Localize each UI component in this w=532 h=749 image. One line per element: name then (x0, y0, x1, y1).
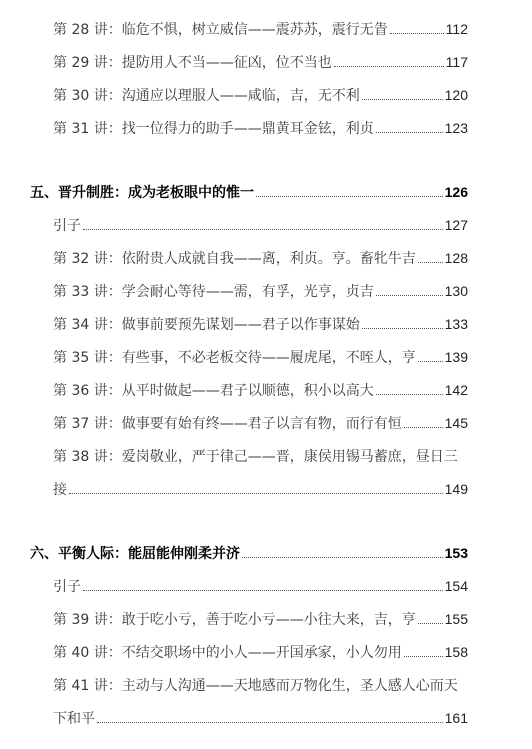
toc-entry-title: 第 37 讲：做事要有始有终——君子以言有物，而行有恒 (53, 413, 402, 433)
toc-chapter-title: 六、平衡人际：能屈能伸刚柔并济 (30, 543, 240, 563)
toc-chapter-6[interactable]: 六、平衡人际：能屈能伸刚柔并济 153 (30, 542, 468, 564)
toc-page-number: 128 (445, 250, 468, 266)
toc-entry-title-continued: 接 (53, 479, 67, 499)
leader-dots (334, 66, 444, 67)
leader-dots (242, 557, 443, 558)
toc-entry-39[interactable]: 第 39 讲：敢于吃小亏，善于吃小亏——小往大来，吉，亨 155 (53, 608, 468, 630)
leader-dots (97, 722, 443, 723)
toc-entry-37[interactable]: 第 37 讲：做事要有始有终——君子以言有物，而行有恒 145 (53, 412, 468, 434)
leader-dots (404, 427, 443, 428)
toc-entry-title: 第 40 讲：不结交职场中的小人——开国承家，小人勿用 (53, 642, 402, 662)
leader-dots (418, 262, 443, 263)
leader-dots (362, 99, 443, 100)
toc-entry-30[interactable]: 第 30 讲：沟通应以理服人——咸临，吉，无不利 120 (53, 84, 468, 106)
toc-page-number: 127 (445, 217, 468, 233)
toc-page-number: 145 (445, 415, 468, 431)
toc-page-number: 158 (445, 644, 468, 660)
toc-entry-31[interactable]: 第 31 讲：找一位得力的助手——鼎黄耳金铉，利贞 123 (53, 117, 468, 139)
toc-page-number: 142 (445, 382, 468, 398)
toc-entry-36[interactable]: 第 36 讲：从平时做起——君子以顺德，积小以高大 142 (53, 379, 468, 401)
toc-chapter-title: 五、晋升制胜：成为老板眼中的惟一 (30, 182, 254, 202)
toc-entry-title: 第 35 讲：有些事，不必老板交待——履虎尾，不咥人，亨 (53, 347, 416, 367)
toc-entry-29[interactable]: 第 29 讲：提防用人不当——征凶，位不当也 117 (53, 51, 468, 73)
leader-dots (390, 33, 444, 34)
toc-entry-title: 第 33 讲：学会耐心等待——需，有孚，光亨，贞吉 (53, 281, 374, 301)
toc-entry-41-continued[interactable]: 下和平 161 (53, 707, 468, 729)
toc-entry-title-continued: 下和平 (53, 708, 95, 728)
toc-entry-intro-5[interactable]: 引子 127 (53, 214, 468, 236)
toc-entry-38-continued[interactable]: 接 149 (53, 478, 468, 500)
toc-page-number: 112 (446, 21, 468, 37)
toc-page-number: 154 (445, 578, 468, 594)
toc-entry-title: 第 39 讲：敢于吃小亏，善于吃小亏——小往大来，吉，亨 (53, 609, 416, 629)
leader-dots (376, 132, 443, 133)
toc-page-number: 139 (445, 349, 468, 365)
toc-entry-33[interactable]: 第 33 讲：学会耐心等待——需，有孚，光亨，贞吉 130 (53, 280, 468, 302)
toc-entry-title: 第 34 讲：做事前要预先谋划——君子以作事谋始 (53, 314, 360, 334)
toc-entry-title: 引子 (53, 576, 81, 596)
toc-entry-title: 第 41 讲：主动与人沟通——天地感而万物化生，圣人感人心而天 (53, 675, 468, 695)
leader-dots (418, 623, 443, 624)
toc-page-number: 133 (445, 316, 468, 332)
toc-entry-title: 第 38 讲：爱岗敬业，严于律己——晋，康侯用锡马蓄庶，昼日三 (53, 446, 468, 466)
leader-dots (83, 590, 443, 591)
toc-page-number: 123 (445, 120, 468, 136)
toc-page-number: 149 (445, 481, 468, 497)
toc-entry-title: 第 30 讲：沟通应以理服人——咸临，吉，无不利 (53, 85, 360, 105)
toc-entry-title: 第 28 讲：临危不惧，树立威信——震苏苏，震行无眚 (53, 19, 388, 39)
leader-dots (362, 328, 443, 329)
toc-page-number: 161 (445, 710, 468, 726)
toc-entry-title: 第 32 讲：依附贵人成就自我——离，利贞。亨。畜牝牛吉 (53, 248, 416, 268)
toc-page-number: 126 (445, 184, 468, 200)
toc-entry-38[interactable]: 第 38 讲：爱岗敬业，严于律己——晋，康侯用锡马蓄庶，昼日三 (53, 445, 468, 467)
leader-dots (69, 493, 443, 494)
leader-dots (376, 295, 443, 296)
toc-entry-41[interactable]: 第 41 讲：主动与人沟通——天地感而万物化生，圣人感人心而天 (53, 674, 468, 696)
leader-dots (256, 196, 443, 197)
toc-page-number: 153 (445, 545, 468, 561)
toc-entry-28[interactable]: 第 28 讲：临危不惧，树立威信——震苏苏，震行无眚 112 (53, 18, 468, 40)
toc-entry-title: 第 31 讲：找一位得力的助手——鼎黄耳金铉，利贞 (53, 118, 374, 138)
leader-dots (404, 656, 443, 657)
toc-entry-32[interactable]: 第 32 讲：依附贵人成就自我——离，利贞。亨。畜牝牛吉 128 (53, 247, 468, 269)
toc-entry-intro-6[interactable]: 引子 154 (53, 575, 468, 597)
toc-entry-40[interactable]: 第 40 讲：不结交职场中的小人——开国承家，小人勿用 158 (53, 641, 468, 663)
toc-entry-34[interactable]: 第 34 讲：做事前要预先谋划——君子以作事谋始 133 (53, 313, 468, 335)
toc-page-number: 155 (445, 611, 468, 627)
toc-page-number: 120 (445, 87, 468, 103)
leader-dots (83, 229, 443, 230)
leader-dots (376, 394, 443, 395)
toc-entry-35[interactable]: 第 35 讲：有些事，不必老板交待——履虎尾，不咥人，亨 139 (53, 346, 468, 368)
toc-chapter-5[interactable]: 五、晋升制胜：成为老板眼中的惟一 126 (30, 181, 468, 203)
leader-dots (418, 361, 443, 362)
toc-entry-title: 第 36 讲：从平时做起——君子以顺德，积小以高大 (53, 380, 374, 400)
toc-page-number: 117 (446, 54, 468, 70)
toc-entry-title: 引子 (53, 215, 81, 235)
toc-entry-title: 第 29 讲：提防用人不当——征凶，位不当也 (53, 52, 332, 72)
toc-page-number: 130 (445, 283, 468, 299)
